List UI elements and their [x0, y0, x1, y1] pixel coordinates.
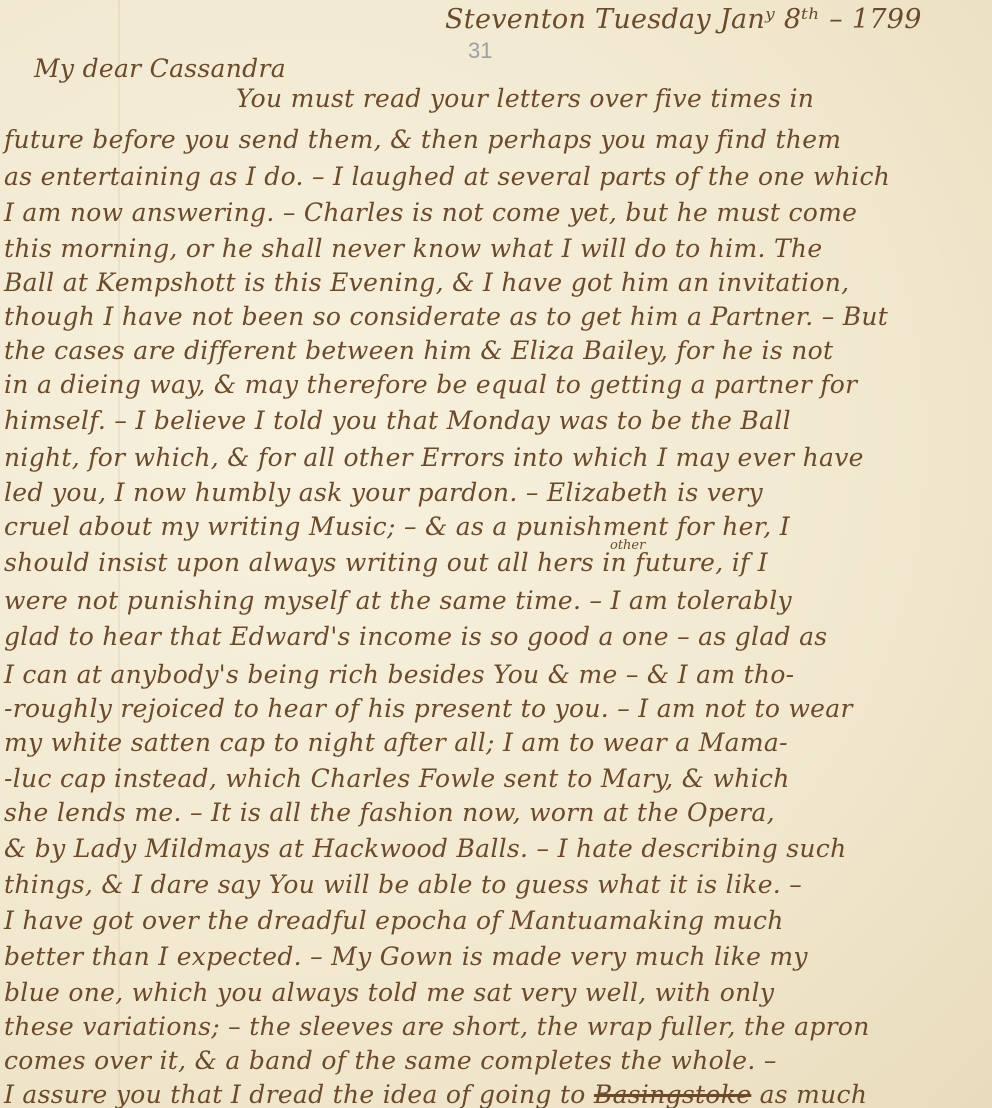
letter-line: my white satten cap to night after all; …	[4, 728, 788, 757]
salutation: My dear Cassandra	[34, 54, 286, 83]
letter-line: himself. – I believe I told you that Mon…	[4, 406, 791, 435]
letter-line: -roughly rejoiced to hear of his present…	[4, 694, 853, 723]
dateline: Steventon Tuesday Janʸ 8ᵗʰ – 1799	[445, 4, 922, 35]
letter-line: cruel about my writing Music; – & as a p…	[4, 512, 790, 541]
letter-line: as entertaining as I do. – I laughed at …	[4, 162, 890, 191]
letter-line: You must read your letters over five tim…	[236, 84, 814, 113]
letter-line-last: I assure you that I dread the idea of go…	[4, 1080, 867, 1108]
letter-line: glad to hear that Edward's income is so …	[4, 622, 827, 651]
letter-line: I am now answering. – Charles is not com…	[4, 198, 857, 227]
letter-line: though I have not been so considerate as…	[4, 302, 888, 331]
folio-mark: 31	[468, 38, 492, 64]
letter-line: -luc cap instead, which Charles Fowle se…	[4, 764, 790, 793]
letter-line: I can at anybody's being rich besides Yo…	[4, 660, 794, 689]
letter-line: & by Lady Mildmays at Hackwood Balls. – …	[4, 834, 846, 863]
letter-line: the cases are different between him & El…	[4, 336, 833, 365]
letter-line: should insist upon always writing out al…	[4, 548, 768, 577]
letter-line: future before you send them, & then perh…	[4, 125, 841, 154]
letter-line: blue one, which you always told me sat v…	[4, 978, 774, 1007]
letter-line: I have got over the dreadful epocha of M…	[4, 906, 784, 935]
last-line-start: I assure you that I dread the idea of go…	[4, 1080, 586, 1108]
letter-line: this morning, or he shall never know wha…	[4, 234, 822, 263]
letter-line: were not punishing myself at the same ti…	[4, 586, 792, 615]
letter-line: Ball at Kempshott is this Evening, & I h…	[4, 268, 849, 297]
letter-line: better than I expected. – My Gown is mad…	[4, 942, 808, 971]
letter-line: in a dieing way, & may therefore be equa…	[4, 370, 857, 399]
last-line-tail: as much	[760, 1080, 868, 1108]
letter-line: night, for which, & for all other Errors…	[4, 443, 864, 472]
letter-line: these variations; – the sleeves are shor…	[4, 1012, 870, 1041]
letter-line: comes over it, & a band of the same comp…	[4, 1046, 777, 1075]
letter-line: she lends me. – It is all the fashion no…	[4, 798, 775, 827]
letter-line: led you, I now humbly ask your pardon. –…	[4, 478, 763, 507]
letter-line: things, & I dare say You will be able to…	[4, 870, 802, 899]
struck-word: Basingstoke	[594, 1080, 751, 1108]
